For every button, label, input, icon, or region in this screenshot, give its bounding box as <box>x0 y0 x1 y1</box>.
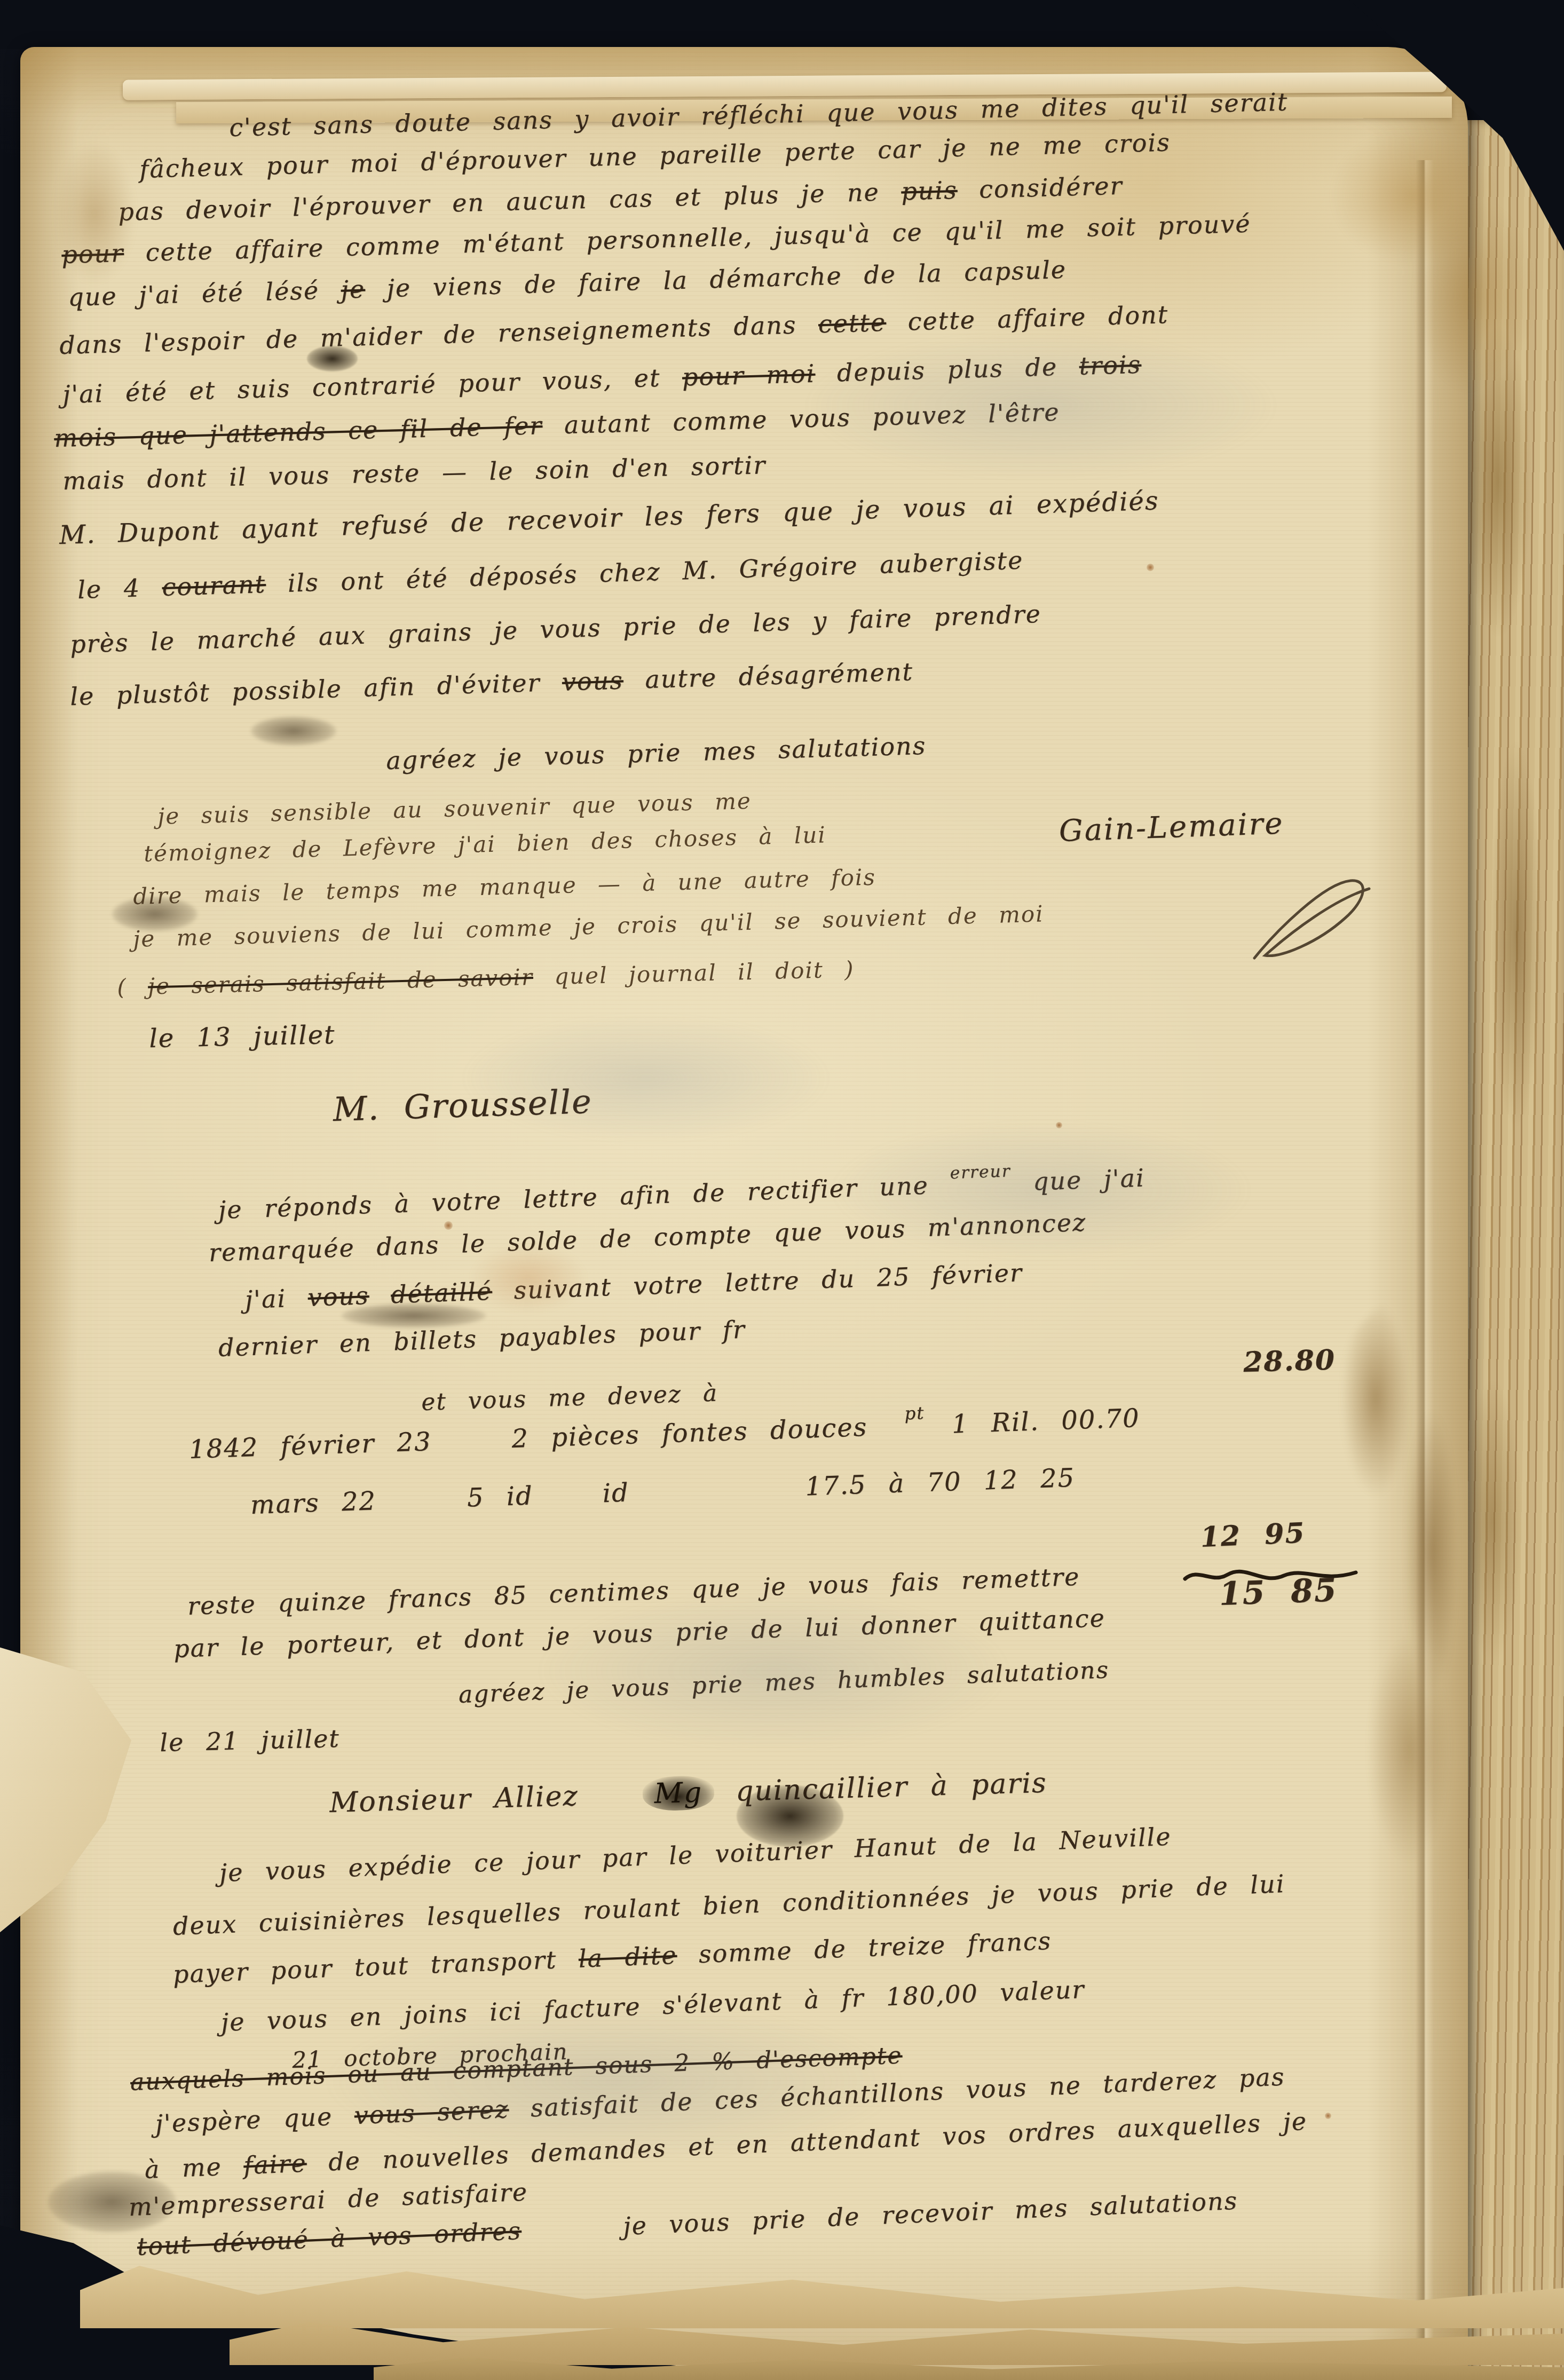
letter-line: le plustôt possible afin d'éviter vous a… <box>69 657 913 711</box>
date-heading: le 21 juillet <box>160 1724 341 1757</box>
signature-flourish <box>1244 867 1383 969</box>
rust-speck <box>1325 2113 1331 2119</box>
ink-smudge <box>251 716 336 746</box>
postscript-line: ( je serais satisfait de savoir quel jou… <box>117 956 855 1000</box>
date-heading: le 13 juillet <box>149 1020 336 1054</box>
ink-bleedthrough <box>459 1014 833 1142</box>
ink-bleedthrough <box>801 331 1281 480</box>
closing-line: agréez je vous prie mes salutations <box>385 731 926 775</box>
row-description: id <box>602 1477 630 1508</box>
struck-text: tout dévoué à vos ordres <box>137 2216 522 2261</box>
letter-line: et vous me devez à <box>421 1380 718 1416</box>
letter-line: près le marché aux grains je vous prie d… <box>69 599 1041 659</box>
rust-speck <box>444 1221 453 1230</box>
letter-line: m'empresserai de satisfaire <box>128 2177 528 2221</box>
row-description: 5 id <box>467 1481 534 1513</box>
struck-text: mois que j'attends ce fil de fer <box>54 411 543 453</box>
letter-line: M. Dupont ayant refusé de recevoir les f… <box>59 486 1159 550</box>
ink-blot <box>737 1785 843 1847</box>
row-unit: pt <box>904 1403 925 1424</box>
letter-line: j'ai vous détaillé suivant votre lettre … <box>244 1258 1023 1314</box>
rust-speck <box>1147 564 1154 571</box>
letter-line: mais dont il vous reste — le soin d'en s… <box>62 450 767 495</box>
postscript-line: je me souviens de lui comme je crois qu'… <box>133 900 1045 952</box>
foxing-stain <box>470 1244 587 1313</box>
postscript-line: je suis sensible au souvenir que vous me <box>157 788 752 829</box>
postscript-line: témoignez de Lefèvre j'ai bien des chose… <box>144 821 827 867</box>
letter-line: je vous expédie ce jour par le voiturier… <box>219 1822 1172 1887</box>
row-amount: 1 Ril. 00.70 <box>951 1403 1140 1440</box>
letter-line: dernier en billets payables pour fr <box>218 1315 746 1362</box>
ink-smudge <box>112 897 198 931</box>
recipient-heading: Monsieur AlliezMgquincaillier à paris <box>329 1767 1047 1819</box>
ink-bleedthrough <box>534 1591 1014 1751</box>
account-row: 1842 février 232 pièces fontes doucespt1… <box>188 1403 1140 1465</box>
scanned-manuscript-screenshot: { "document": { "kind_label": "page manu… <box>0 0 1564 2380</box>
ink-smudge <box>342 1303 486 1328</box>
amount-announced: 28.80 <box>1243 1343 1336 1379</box>
ink-bleedthrough <box>320 2002 907 2162</box>
row-date: mars 22 <box>250 1486 377 1520</box>
struck-text: je serais satisfait de savoir <box>148 964 534 1000</box>
account-row: mars 225 idid17.5 à 70 12 25 <box>250 1463 1076 1520</box>
struck-text: courant <box>162 570 266 602</box>
ink-bleedthrough <box>827 1121 1254 1260</box>
struck-text: faire <box>243 2148 307 2180</box>
ink-blot <box>307 346 358 371</box>
edge-stain <box>32 101 171 326</box>
letter-line: le 4 courant ils ont été déposés chez M.… <box>77 545 1024 604</box>
ink-smudge <box>48 2171 176 2233</box>
margin-amount: 12 95 <box>1199 1516 1306 1554</box>
struck-text: je <box>341 274 366 304</box>
row-amount: 17.5 à 70 12 25 <box>805 1463 1076 1502</box>
row-date: 1842 février 23 <box>188 1427 432 1465</box>
struck-text: vous <box>562 666 623 696</box>
postscript-line: dire mais le temps me manque — à une aut… <box>133 864 876 910</box>
signature: Gain-Lemaire <box>1059 806 1285 849</box>
struck-text: pour moi <box>682 359 816 392</box>
blotted-text: Mg <box>642 1775 715 1812</box>
struck-text: puis <box>901 176 958 206</box>
water-stain <box>1297 1297 1521 1863</box>
struck-text: cette <box>818 308 887 339</box>
row-description: 2 pièces fontes douces <box>511 1412 868 1454</box>
struck-text: la dite <box>578 1941 678 1973</box>
